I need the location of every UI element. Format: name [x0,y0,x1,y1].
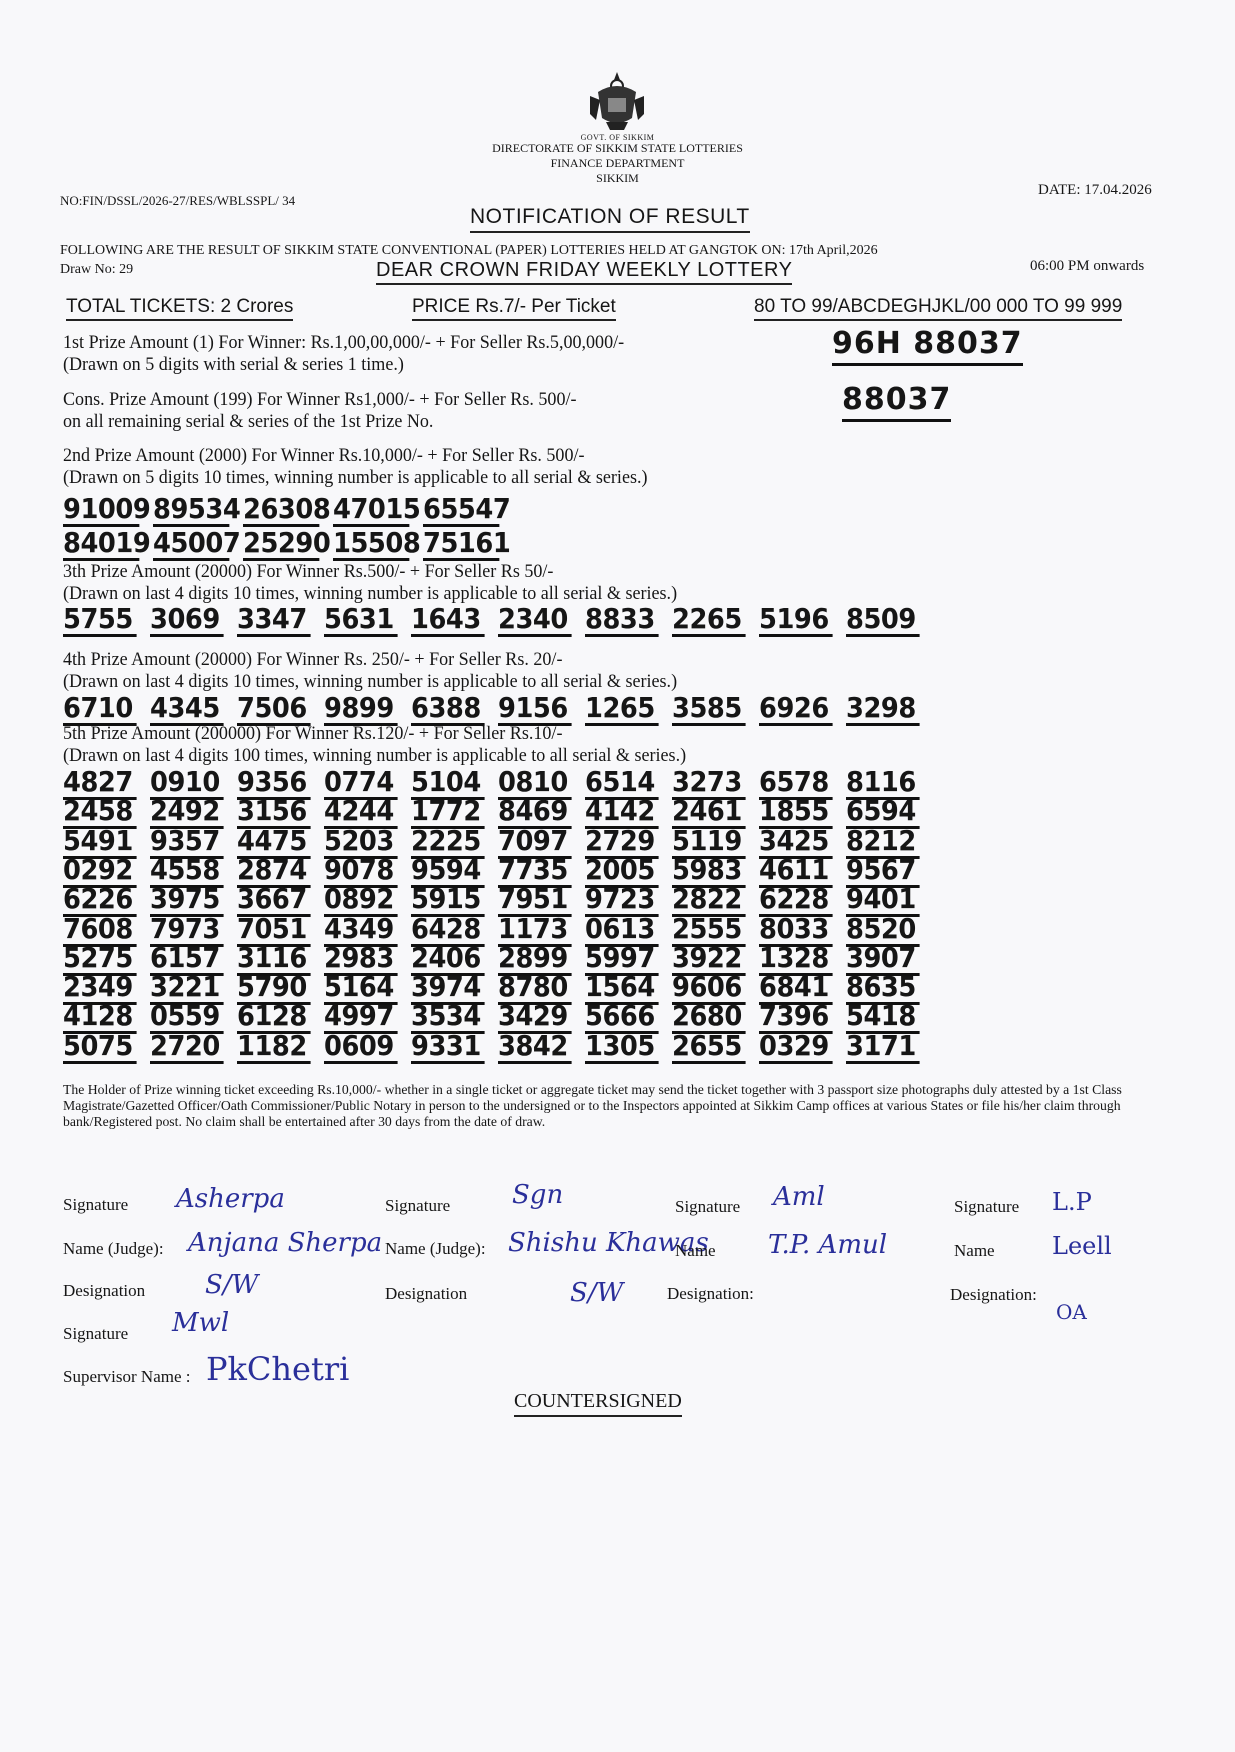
designation-2: S/W [570,1278,623,1308]
second-prize-description: 2nd Prize Amount (2000) For Winner Rs.10… [63,445,648,489]
signature-3: Aml [773,1182,825,1212]
winning-number: 3585 [672,694,746,726]
winning-number: 5631 [324,605,398,637]
signature-4: L.P [1052,1188,1092,1216]
designation-1: S/W [205,1270,258,1300]
winning-number: 3842 [498,1032,572,1064]
name-4: Leell [1052,1232,1112,1260]
signature-2: Sgn [512,1180,563,1210]
winning-number: 9899 [324,694,398,726]
lottery-name: DEAR CROWN FRIDAY WEEKLY LOTTERY [376,259,792,285]
claim-notice: The Holder of Prize winning ticket excee… [63,1083,1151,1131]
winning-number: 5075 [63,1032,137,1064]
winning-number: 5755 [63,605,137,637]
winning-number: 2655 [672,1032,746,1064]
winning-number: 45007 [153,529,229,561]
winning-number: 75161 [423,529,499,561]
total-tickets: TOTAL TICKETS: 2 Crores [66,296,293,321]
signature-label-2: Signature [385,1196,450,1216]
page-title: NOTIFICATION OF RESULT [470,205,750,233]
designation-label-2: Designation [385,1284,467,1304]
first-prize-description: 1st Prize Amount (1) For Winner: Rs.1,00… [63,332,624,376]
winning-number: 25290 [243,529,319,561]
signature-label-3: Signature [675,1197,740,1217]
winning-number: 9156 [498,694,572,726]
winning-number: 91009 [63,495,139,527]
winning-number: 8833 [585,605,659,637]
supervisor-signature-label: Signature [63,1324,128,1344]
directorate-name: DIRECTORATE OF SIKKIM STATE LOTTERIES [0,141,1235,156]
draw-time: 06:00 PM onwards [1030,258,1144,275]
winning-number: 8509 [846,605,920,637]
name-label-3: Name [675,1241,716,1261]
winning-number: 6926 [759,694,833,726]
fourth-prize-row: 6710434575069899638891561265358569263298 [63,694,926,726]
winning-number: 2340 [498,605,572,637]
countersigned-label: COUNTERSIGNED [514,1390,682,1417]
winning-number: 1643 [411,605,485,637]
name-label-1: Name (Judge): [63,1239,164,1259]
second-prize-row: 8401945007252901550875161 [63,529,506,561]
winning-number: 7506 [237,694,311,726]
fifth-prize-row: 5075272011820609933138421305265503293171 [63,1032,926,1064]
winning-number: 15508 [333,529,409,561]
third-prize-description: 3th Prize Amount (20000) For Winner Rs.5… [63,561,677,605]
winning-number: 1265 [585,694,659,726]
name-3: T.P. Amul [768,1230,887,1260]
consolation-prize-line1: Cons. Prize Amount (199) For Winner Rs1,… [63,389,577,411]
winning-number: 2265 [672,605,746,637]
fifth-prize-description: 5th Prize Amount (200000) For Winner Rs.… [63,723,686,767]
designation-label-4: Designation: [950,1285,1037,1305]
name-label-4: Name [954,1241,995,1261]
fourth-prize-line1: 4th Prize Amount (20000) For Winner Rs. … [63,649,677,671]
winning-number: 3347 [237,605,311,637]
first-prize-number: 96H 88037 [832,326,1023,366]
results-intro: FOLLOWING ARE THE RESULT OF SIKKIM STATE… [60,243,878,259]
winning-number: 26308 [243,495,319,527]
third-prize-row: 5755306933475631164323408833226551968509 [63,605,926,637]
winning-number: 3171 [846,1032,920,1064]
signature-1: Asherpa [176,1184,285,1214]
reference-number: NO:FIN/DSSL/2026-27/RES/WBLSSPL/ 34 [60,193,295,209]
winning-number: 5196 [759,605,833,637]
consolation-prize-description: Cons. Prize Amount (199) For Winner Rs1,… [63,389,577,433]
winning-number: 89534 [153,495,229,527]
name-label-2: Name (Judge): [385,1239,486,1259]
second-prize-row: 9100989534263084701565547 [63,495,506,527]
signature-label-1: Signature [63,1195,128,1215]
fifth-prize-line1: 5th Prize Amount (200000) For Winner Rs.… [63,723,686,745]
winning-number: 9331 [411,1032,485,1064]
designation-label-3: Designation: [667,1284,754,1304]
winning-number: 0329 [759,1032,833,1064]
winning-number: 2720 [150,1032,224,1064]
second-prize-line1: 2nd Prize Amount (2000) For Winner Rs.10… [63,445,648,467]
name-1: Anjana Sherpa [188,1228,382,1258]
winning-number: 0609 [324,1032,398,1064]
supervisor-name: PkChetri [206,1350,349,1388]
winning-number: 65547 [423,495,499,527]
consolation-prize-number: 88037 [842,382,951,422]
fourth-prize-line2: (Drawn on last 4 digits 10 times, winnin… [63,671,677,693]
winning-number: 47015 [333,495,409,527]
draw-number: Draw No: 29 [60,262,133,278]
designation-label-1: Designation [63,1281,145,1301]
winning-number: 6388 [411,694,485,726]
winning-number: 3069 [150,605,224,637]
department-name: FINANCE DEPARTMENT [0,156,1235,171]
winning-number: 1182 [237,1032,311,1064]
supervisor-name-label: Supervisor Name : [63,1367,190,1387]
second-prize-line2: (Drawn on 5 digits 10 times, winning num… [63,467,648,489]
result-date: DATE: 17.04.2026 [1038,182,1152,199]
series-range: 80 TO 99/ABCDEGHJKL/00 000 TO 99 999 [754,296,1122,321]
consolation-prize-line2: on all remaining serial & series of the … [63,411,577,433]
first-prize-line2: (Drawn on 5 digits with serial & series … [63,354,624,376]
fifth-prize-line2: (Drawn on last 4 digits 100 times, winni… [63,745,686,767]
first-prize-line1: 1st Prize Amount (1) For Winner: Rs.1,00… [63,332,624,354]
winning-number: 4345 [150,694,224,726]
fourth-prize-description: 4th Prize Amount (20000) For Winner Rs. … [63,649,677,693]
supervisor-signature: Mwl [172,1308,229,1338]
winning-number: 84019 [63,529,139,561]
winning-number: 6710 [63,694,137,726]
signature-label-4: Signature [954,1197,1019,1217]
third-prize-line1: 3th Prize Amount (20000) For Winner Rs.5… [63,561,677,583]
designation-4: OA [1056,1300,1087,1324]
winning-number: 1305 [585,1032,659,1064]
winning-number: 3298 [846,694,920,726]
ticket-price: PRICE Rs.7/- Per Ticket [412,296,616,321]
sikkim-emblem-icon [586,70,648,132]
